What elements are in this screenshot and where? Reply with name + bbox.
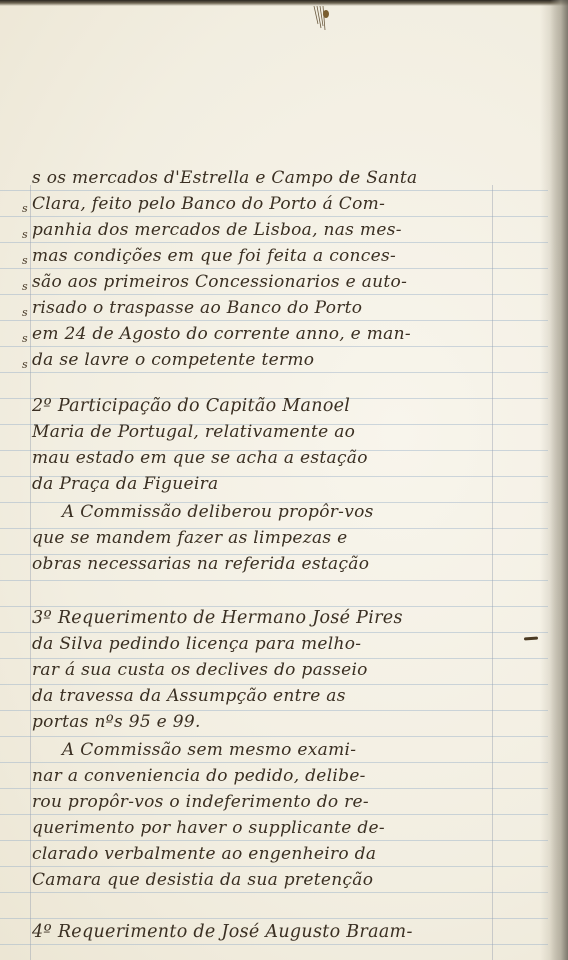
ruled-line — [0, 242, 548, 243]
manuscript-line: mau estado em que se acha a estação — [32, 448, 502, 468]
binding-thread-marks — [312, 6, 332, 32]
continuation-mark: s — [22, 280, 32, 293]
manuscript-line: da travessa da Assumpção entre as — [32, 686, 502, 706]
item-heading: 4º Requerimento de José Augusto Braam- — [32, 922, 502, 942]
continuation-mark: s — [22, 202, 32, 215]
ruled-line — [0, 320, 548, 321]
item-heading: 3º Requerimento de Hermano José Pires — [32, 608, 502, 628]
manuscript-line: s os mercados d'Estrella e Campo de Sant… — [32, 168, 502, 188]
manuscript-line: rar á sua custa os declives do passeio — [32, 660, 502, 680]
manuscript-line: risado o traspasse ao Banco do Porto — [32, 298, 502, 318]
manuscript-line: da se lavre o competente termo — [32, 350, 502, 370]
ruled-line — [0, 216, 548, 217]
decision-line: A Commissão sem mesmo exami- — [62, 740, 532, 760]
ruled-line — [0, 268, 548, 269]
continuation-mark: s — [22, 228, 32, 241]
continuation-mark: s — [22, 332, 32, 345]
ruled-line — [0, 866, 548, 867]
ruled-line — [0, 190, 548, 191]
ruled-line — [0, 606, 548, 607]
left-margin-rule — [30, 185, 31, 960]
ruled-line — [0, 814, 548, 815]
continuation-mark: s — [22, 306, 32, 319]
page-top-edge — [0, 0, 568, 6]
manuscript-line: Clara, feito pelo Banco do Porto á Com- — [32, 194, 502, 214]
decision-line: nar a conveniencia do pedido, delibe- — [32, 766, 502, 786]
ruled-line — [0, 736, 548, 737]
manuscript-line: da Praça da Figueira — [32, 474, 502, 494]
manuscript-line: da Silva pedindo licença para melho- — [32, 634, 502, 654]
ruled-line — [0, 294, 548, 295]
manuscript-line: portas nºs 95 e 99. — [32, 712, 502, 732]
ruled-line — [0, 580, 548, 581]
manuscript-line: panhia dos mercados de Lisboa, nas mes- — [32, 220, 502, 240]
decision-line: clarado verbalmente ao engenheiro da — [32, 844, 502, 864]
manuscript-line: são aos primeiros Concessionarios e auto… — [32, 272, 502, 292]
page-curl-shadow — [550, 0, 568, 960]
item-heading: 2º Participação do Capitão Manoel — [32, 396, 502, 416]
decision-line: obras necessarias na referida estação — [32, 554, 502, 574]
ink-mark — [524, 637, 538, 641]
manuscript-line: mas condições em que foi feita a conces- — [32, 246, 502, 266]
manuscript-page: s s s s s s s s os mercados d'Estrella e… — [0, 0, 568, 960]
ruled-line — [0, 892, 548, 893]
ruled-line — [0, 658, 548, 659]
manuscript-line: Maria de Portugal, relativamente ao — [32, 422, 502, 442]
continuation-mark: s — [22, 254, 32, 267]
ruled-line — [0, 710, 548, 711]
ruled-line — [0, 346, 548, 347]
ruled-line — [0, 944, 548, 945]
decision-line: que se mandem fazer as limpezas e — [32, 528, 502, 548]
decision-line: Camara que desistia da sua pretenção — [32, 870, 502, 890]
continuation-mark: s — [22, 358, 32, 371]
ruled-line — [0, 372, 548, 373]
decision-line: rou propôr-vos o indeferimento do re- — [32, 792, 502, 812]
manuscript-line: em 24 de Agosto do corrente anno, e man- — [32, 324, 502, 344]
ruled-line — [0, 632, 548, 633]
ruled-line — [0, 684, 548, 685]
decision-line: A Commissão deliberou propôr-vos — [62, 502, 532, 522]
ruled-line — [0, 918, 548, 919]
decision-line: querimento por haver o supplicante de- — [32, 818, 502, 838]
ruled-line — [0, 788, 548, 789]
ruled-line — [0, 762, 548, 763]
ruled-line — [0, 840, 548, 841]
